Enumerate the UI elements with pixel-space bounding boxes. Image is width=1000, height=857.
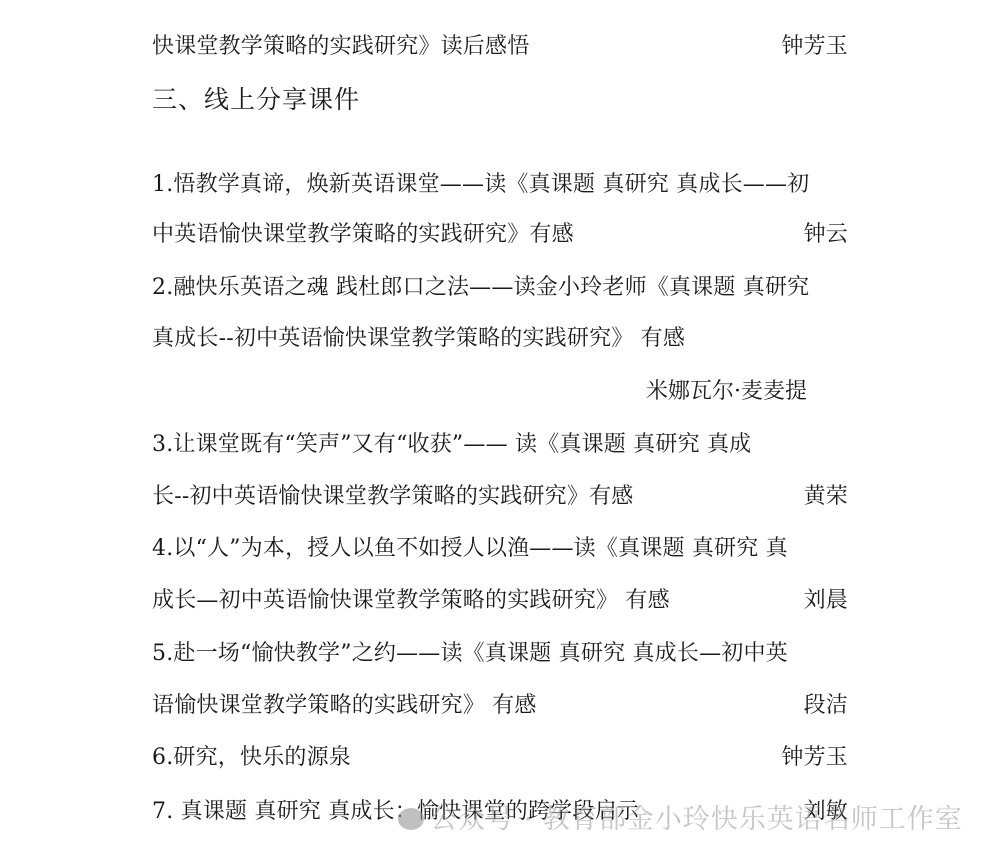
entry-6-line-1: 6.研究，快乐的源泉 钟芳玉 — [152, 740, 848, 776]
entry-text: 7. 真课题 真研究 真成长：愉快课堂的跨学段启示 — [152, 794, 639, 830]
entry-author: 段洁 — [804, 688, 848, 724]
entry-5-line-1: 5.赴一场“愉快教学”之约——读《真课题 真研究 真成长—初中英 — [152, 636, 848, 672]
entry-4-line-1: 4.以“人”为本，授人以鱼不如授人以渔——读《真课题 真研究 真 — [152, 531, 848, 567]
entry-text: 1.悟教学真谛，焕新英语课堂——读《真课题 真研究 真成长——初 — [152, 167, 809, 203]
continued-entry: 快课堂教学策略的实践研究》读后感悟 钟芳玉 — [152, 29, 848, 65]
entry-3-line-2: 长--初中英语愉快课堂教学策略的实践研究》有感 黄荣 — [152, 479, 848, 515]
entry-text: 真成长--初中英语愉快课堂教学策略的实践研究》 有感 — [152, 321, 685, 357]
entry-text: 快课堂教学策略的实践研究》读后感悟 — [152, 29, 529, 65]
entry-text: 6.研究，快乐的源泉 — [152, 740, 351, 776]
entry-text: 2.融快乐英语之魂 践杜郎口之法——读金小玲老师《真课题 真研究 — [152, 270, 809, 306]
entry-3-line-1: 3.让课堂既有“笑声”又有“收获”—— 读《真课题 真研究 真成 — [152, 427, 848, 463]
entry-text: 语愉快课堂教学策略的实践研究》 有感 — [152, 688, 537, 724]
section-heading: 三、线上分享课件 — [152, 82, 360, 118]
document-page: 快课堂教学策略的实践研究》读后感悟 钟芳玉 三、线上分享课件 1.悟教学真谛，焕… — [0, 0, 1000, 857]
entry-2-line-1: 2.融快乐英语之魂 践杜郎口之法——读金小玲老师《真课题 真研究 — [152, 270, 848, 306]
entry-5-line-2: 语愉快课堂教学策略的实践研究》 有感 段洁 — [152, 688, 848, 724]
entry-7-line-1: 7. 真课题 真研究 真成长：愉快课堂的跨学段启示 刘敏 — [152, 794, 848, 830]
entry-author: 钟芳玉 — [781, 29, 848, 65]
entry-2-line-2: 真成长--初中英语愉快课堂教学策略的实践研究》 有感 — [152, 321, 848, 357]
entry-1-line-1: 1.悟教学真谛，焕新英语课堂——读《真课题 真研究 真成长——初 — [152, 167, 848, 203]
entry-author: 刘敏 — [804, 794, 848, 830]
entry-1-line-2: 中英语愉快课堂教学策略的实践研究》有感 钟云 — [152, 217, 848, 253]
entry-author: 钟云 — [804, 217, 848, 253]
entry-text: 中英语愉快课堂教学策略的实践研究》有感 — [152, 217, 574, 253]
entry-2-author: 米娜瓦尔·麦麦提 — [646, 374, 807, 410]
entry-text: 5.赴一场“愉快教学”之约——读《真课题 真研究 真成长—初中英 — [152, 636, 788, 672]
entry-text: 4.以“人”为本，授人以鱼不如授人以渔——读《真课题 真研究 真 — [152, 531, 788, 567]
entry-author: 刘晨 — [804, 583, 848, 619]
entry-author: 黄荣 — [804, 479, 848, 515]
entry-text: 成长—初中英语愉快课堂教学策略的实践研究》 有感 — [152, 583, 670, 619]
entry-text: 长--初中英语愉快课堂教学策略的实践研究》有感 — [152, 479, 633, 515]
entry-text: 3.让课堂既有“笑声”又有“收获”—— 读《真课题 真研究 真成 — [152, 427, 751, 463]
entry-4-line-2: 成长—初中英语愉快课堂教学策略的实践研究》 有感 刘晨 — [152, 583, 848, 619]
entry-author: 钟芳玉 — [781, 740, 848, 776]
